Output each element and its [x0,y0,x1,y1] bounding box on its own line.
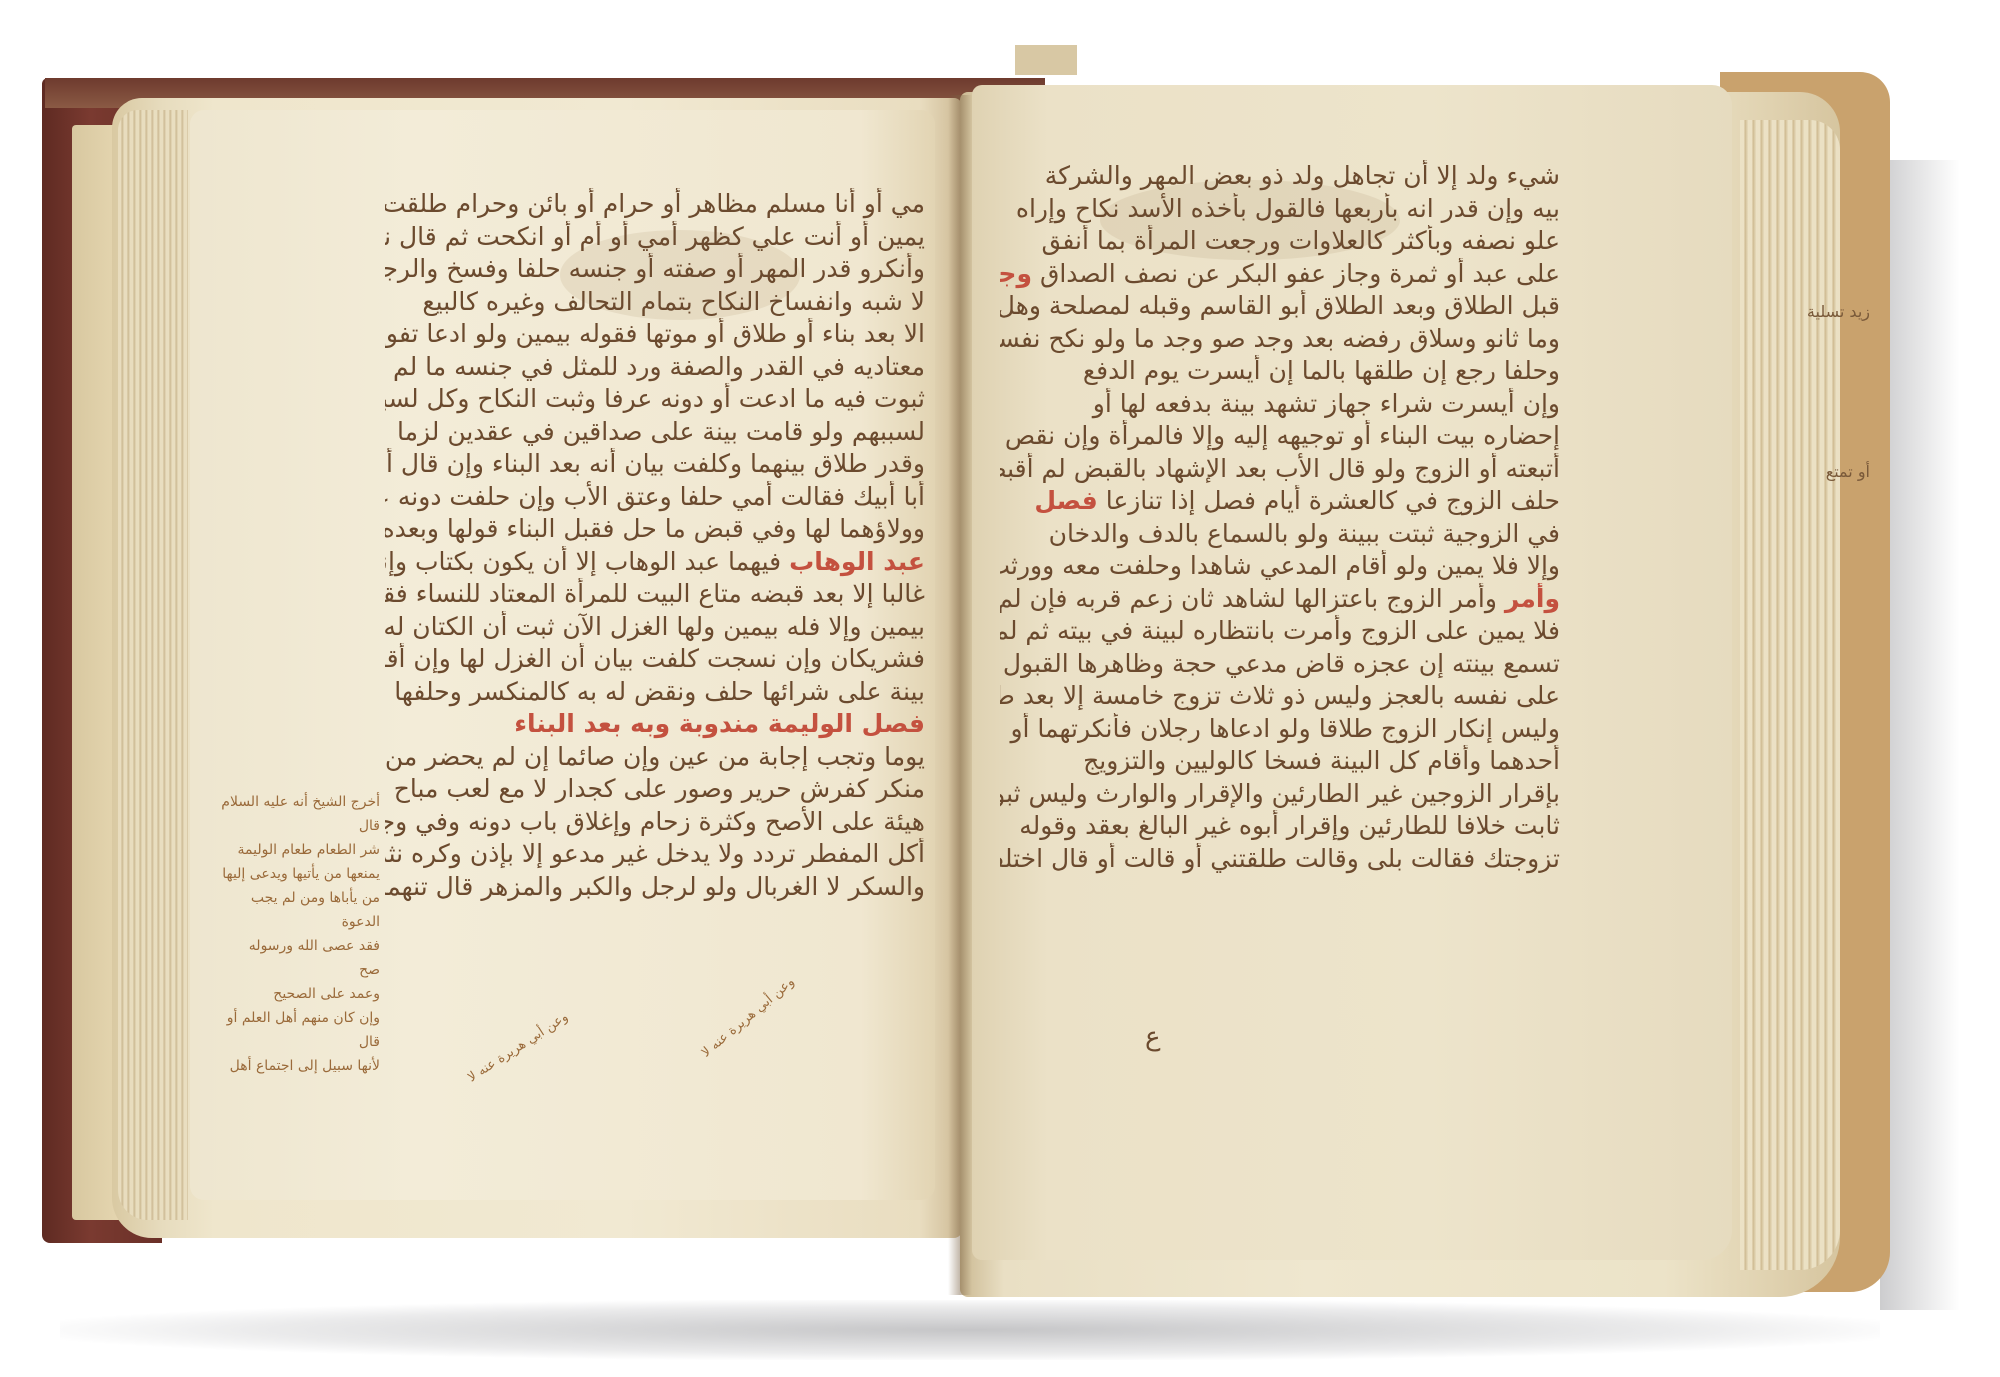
margin-note-left: أخرج الشيخ أنه عليه السلام قال شر الطعام… [215,790,380,1078]
rubric: فصل [1034,486,1097,515]
text-line: حلف الزوج في كالعشرة أيام فصل إذا تنازعا… [1000,485,1560,518]
book-shadow [60,1300,1880,1360]
text-line: بيه وإن قدر انه بأربعها فالقول بأخذه الأ… [1000,193,1560,226]
text-line: أكل المفطر تردد ولا يدخل غير مدعو إلا بإ… [385,838,925,871]
text-line: شيء ولد إلا أن تجاهل ولد ذو بعض المهر وا… [1000,160,1560,193]
text-line: وحلفا رجع إن طلقها بالما إن أيسرت يوم ال… [1000,355,1560,388]
margin-line: صح [215,958,380,982]
text-line: معتاديه في القدر والصفة ورد للمثل في جنس… [385,351,925,384]
catchword: ع [1145,1022,1161,1052]
text-line: بإقرار الزوجين غير الطارئين والإقرار وال… [1000,778,1560,811]
left-page-text: مي أو أنا مسلم مظاهر أو حرام أو بائن وحر… [385,188,925,903]
text-line: على عبد أو ثمرة وجاز عفو البكر عن نصف ال… [1000,258,1560,291]
text-line: قبل الطلاق وبعد الطلاق أبو القاسم وقبله … [1000,290,1560,323]
text-line: مي أو أنا مسلم مظاهر أو حرام أو بائن وحر… [385,188,925,221]
text-line: بينة على شرائها حلف ونقض له به كالمنكسر … [385,676,925,709]
margin-line: وعمد على الصحيح [215,982,380,1006]
text-line: أحدهما وأقام كل البينة فسخا كالوليين وال… [1000,745,1560,778]
text-line: وما ثانو وسلاق رفضه بعد وجد صو وجد ما ول… [1000,323,1560,356]
text-line: منكر كفرش حرير وصور على كجدار لا مع لعب … [385,773,925,806]
margin-line: لأنها سبيل إلى اجتماع أهل [215,1054,380,1078]
margin-line: من يأباها ومن لم يجب الدعوة [215,886,380,934]
text-line: لسببهم ولو قامت بينة على صداقين في عقدين… [385,416,925,449]
text-line: والسكر لا الغربال ولو لرجل والكبر والمزه… [385,871,925,904]
text-line: فشريكان وإن نسجت كلفت بيان أن الغزل لها … [385,643,925,676]
text-line: عبد الوهاب فيهما عبد الوهاب إلا أن يكون … [385,546,925,579]
right-page-text: شيء ولد إلا أن تجاهل ولد ذو بعض المهر وا… [1000,160,1560,875]
margin-line: يمنعها من يأتيها ويدعى إليها [215,862,380,886]
rubric: عبد الوهاب [789,547,925,576]
text-line: ثابت خلافا للطارئين وإقرار أبوه غير البا… [1000,810,1560,843]
flyleaf-note: زيد تسلية [1780,300,1870,324]
text-line: أتبعته أو الزوج ولو قال الأب بعد الإشهاد… [1000,453,1560,486]
page-edges-right [1740,120,1840,1270]
text-line: بيمين وإلا فله بيمين ولها الغزل الآن ثبت… [385,611,925,644]
text-line: وإن أيسرت شراء جهاز تشهد بينة بدفعه لها … [1000,388,1560,421]
text-line: وولاؤهما لها وفي قبض ما حل فقبل البناء ق… [385,513,925,546]
margin-line: شر الطعام طعام الوليمة [215,838,380,862]
text-line: يوما وتجب إجابة من عين وإن صائما إن لم ي… [385,741,925,774]
text-line: في الزوجية ثبتت ببينة ولو بالسماع بالدف … [1000,518,1560,551]
flyleaf-note: أو تمتع [1800,460,1870,484]
rubric-heading: فصل الوليمة مندوبة وبه بعد البناء [514,709,925,738]
text-line: أبا أبيك فقالت أمي حلفا وعتق الأب وإن حل… [385,481,925,514]
rubric: وأمر [1505,584,1560,613]
paper-tab [1015,45,1077,75]
book-shadow-right [1880,160,1960,1310]
text-line: وأمر وأمر الزوج باعتزالها لشاهد ثان زعم … [1000,583,1560,616]
text-line: وقدر طلاق بينهما وكلفت بيان أنه بعد البن… [385,448,925,481]
gutter [948,95,972,1295]
margin-line: أخرج الشيخ أنه عليه السلام قال [215,790,380,838]
text-line: ثبوت فيه ما ادعت أو دونه عرفا وثبت النكا… [385,383,925,416]
text-line: الا بعد بناء أو طلاق أو موتها فقوله بيمي… [385,318,925,351]
text-line: تزوجتك فقالت بلى وقالت طلقتني أو قالت أو… [1000,843,1560,876]
page-edges-left [118,110,188,1220]
text-line: فصل الوليمة مندوبة وبه بعد البناء [385,708,925,741]
text-line: إحضاره بيت البناء أو توجيهه إليه وإلا فا… [1000,420,1560,453]
text-line: لا شبه وانفساخ النكاح بتمام التحالف وغير… [385,286,925,319]
text-line: علو نصفه وبأكثر كالعلاوات ورجعت المرأة ب… [1000,225,1560,258]
text-line: هيئة على الأصح وكثرة زحام وإغلاق باب دون… [385,806,925,839]
text-line: وإلا فلا يمين ولو أقام المدعي شاهدا وحلف… [1000,550,1560,583]
rubric: وجاز [1000,259,1032,288]
text-line: وليس إنكار الزوج طلاقا ولو ادعاها رجلان … [1000,713,1560,746]
margin-line: فقد عصى الله ورسوله [215,934,380,958]
text-line: تسمع بينته إن عجزه قاض مدعي حجة وظاهرها … [1000,648,1560,681]
text-line: فلا يمين على الزوج وأمرت بانتظاره لبينة … [1000,615,1560,648]
text-line: غالبا إلا بعد قبضه متاع البيت للمرأة الم… [385,578,925,611]
margin-line: وإن كان منهم أهل العلم أو قال [215,1006,380,1054]
text-line: على نفسه بالعجز وليس ذو ثلاث تزوج خامسة … [1000,680,1560,713]
text-line: يمين أو أنت علي كظهر أمي أو أم أو انكحت … [385,221,925,254]
text-line: وأنكرو قدر المهر أو صفته أو جنسه حلفا وف… [385,253,925,286]
